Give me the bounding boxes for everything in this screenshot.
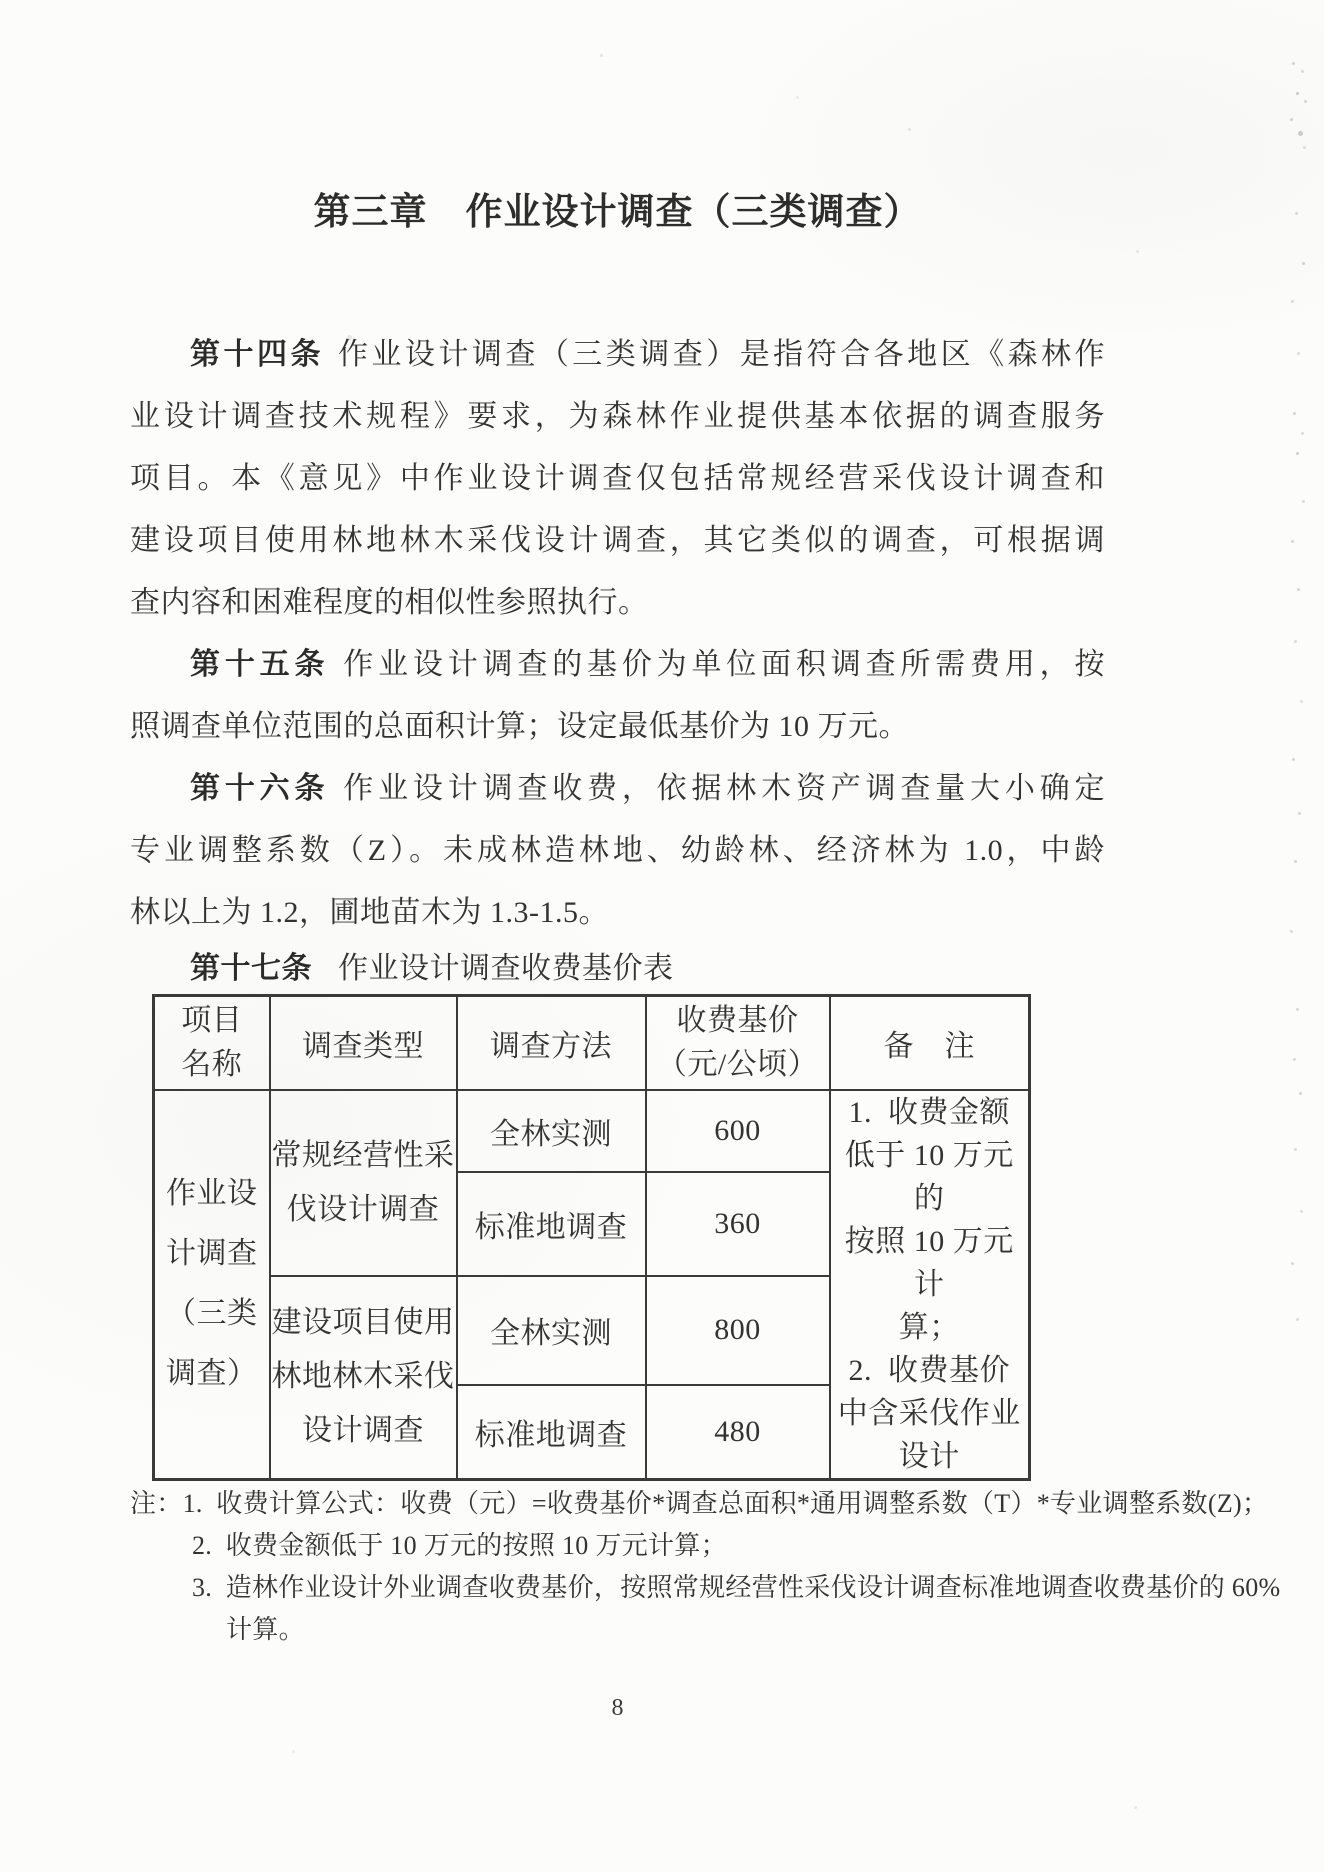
paragraph-line: 专业调整系数（Z）。未成林造林地、幼龄林、经济林为 1.0，中龄 [130, 820, 1105, 882]
document-content: 第三章 作业设计调查（三类调查） 第十四条作业设计调查（三类调查）是指符合各地区… [130, 0, 1105, 1725]
note-text: 2. 收费金额低于 10 万元的按照 10 万元计算； [192, 1531, 727, 1560]
line-text: 建设项目使用林地林木采伐设计调查，其它类似的调查，可根据调 [130, 524, 1105, 557]
footnote-line: 计算。 [130, 1609, 1105, 1651]
line-text: 照调查单位范围的总面积计算；设定最低基价为 10 万元。 [130, 710, 909, 743]
paragraph-line: 第十四条作业设计调查（三类调查）是指符合各地区《森林作 [130, 324, 1105, 386]
col-header-survey-method: 调查方法 [457, 996, 646, 1090]
col-header-survey-type: 调查类型 [270, 996, 457, 1090]
cell-survey-type: 常规经营性采 伐设计调查 [270, 1090, 457, 1276]
paragraph-line: 照调查单位范围的总面积计算；设定最低基价为 10 万元。 [130, 696, 1105, 758]
line-text: 业设计调查技术规程》要求，为森林作业提供基本依据的调查服务 [130, 400, 1105, 433]
scan-artifacts [0, 0, 3, 3]
footnote-line: 2. 收费金额低于 10 万元的按照 10 万元计算； [130, 1525, 1105, 1567]
article-number: 第十五条 [190, 648, 329, 681]
line-text: 林以上为 1.2，圃地苗木为 1.3-1.5。 [130, 896, 609, 929]
note-prefix: 注： [130, 1489, 183, 1518]
page-number: 8 [130, 1691, 1105, 1725]
paragraph-line: 建设项目使用林地林木采伐设计调查，其它类似的调查，可根据调 [130, 510, 1105, 572]
article-number: 第十七条 [190, 952, 312, 985]
cell-survey-method: 标准地调查 [457, 1172, 646, 1276]
article-number: 第十四条 [190, 338, 324, 371]
cell-base-price: 360 [646, 1172, 830, 1276]
cell-base-price: 480 [646, 1385, 830, 1479]
paragraph-line: 查内容和困难程度的相似性参照执行。 [130, 572, 1105, 634]
col-header-base-price: 收费基价 （元/公顷） [646, 996, 830, 1090]
chapter-title: 第三章 作业设计调查（三类调查） [130, 190, 1105, 236]
footnote-line: 3. 造林作业设计外业调查收费基价，按照常规经营性采伐设计调查标准地调查收费基价… [130, 1567, 1105, 1609]
line-text: 作业设计调查收费基价表 [338, 952, 674, 985]
cell-survey-method: 标准地调查 [457, 1385, 646, 1479]
line-text: 作业设计调查的基价为单位面积调查所需费用，按 [343, 648, 1105, 681]
note-text: 3. 造林作业设计外业调查收费基价，按照常规经营性采伐设计调查标准地调查收费基价… [192, 1573, 1280, 1602]
table-row: 作业设 计调查 （三类 调查） 常规经营性采 伐设计调查 全林实测 600 1.… [154, 1090, 1030, 1172]
cell-base-price: 800 [646, 1276, 830, 1386]
paragraph-line: 林以上为 1.2，圃地苗木为 1.3-1.5。 [130, 882, 1105, 944]
footnotes: 注：1. 收费计算公式：收费（元）=收费基价*调查总面积*通用调整系数（T）*专… [130, 1483, 1105, 1651]
line-text: 专业调整系数（Z）。未成林造林地、幼龄林、经济林为 1.0，中龄 [130, 834, 1105, 867]
paragraph-line: 第十五条作业设计调查的基价为单位面积调查所需费用，按 [130, 634, 1105, 696]
cell-base-price: 600 [646, 1090, 830, 1172]
cell-survey-type: 建设项目使用 林地林木采伐 设计调查 [270, 1276, 457, 1480]
line-text: 查内容和困难程度的相似性参照执行。 [130, 586, 649, 619]
paragraph-line: 业设计调查技术规程》要求，为森林作业提供基本依据的调查服务 [130, 386, 1105, 448]
line-text: 作业设计调查收费，依据林木资产调查量大小确定 [343, 772, 1105, 805]
table-caption-line: 第十七条作业设计调查收费基价表 [130, 944, 1105, 994]
table-header-row: 项目 名称 调查类型 调查方法 收费基价 （元/公顷） 备 注 [154, 996, 1030, 1090]
paragraph-line: 项目。本《意见》中作业设计调查仅包括常规经营采伐设计调查和 [130, 448, 1105, 510]
col-header-project-name: 项目 名称 [154, 996, 270, 1090]
paragraph-line: 第十六条作业设计调查收费，依据林木资产调查量大小确定 [130, 758, 1105, 820]
note-text: 计算。 [226, 1615, 305, 1644]
body-text: 第十四条作业设计调查（三类调查）是指符合各地区《森林作 业设计调查技术规程》要求… [130, 324, 1105, 994]
cell-remarks: 1. 收费金额 低于 10 万元的 按照 10 万元计 算； 2. 收费基价 中… [830, 1090, 1030, 1480]
col-header-remarks: 备 注 [830, 996, 1030, 1090]
line-text: 项目。本《意见》中作业设计调查仅包括常规经营采伐设计调查和 [130, 462, 1105, 495]
cell-project-name: 作业设 计调查 （三类 调查） [154, 1090, 270, 1480]
cell-survey-method: 全林实测 [457, 1276, 646, 1386]
cell-survey-method: 全林实测 [457, 1090, 646, 1172]
scanned-document-page: 第三章 作业设计调查（三类调查） 第十四条作业设计调查（三类调查）是指符合各地区… [0, 0, 1324, 1872]
fee-base-price-table: 项目 名称 调查类型 调查方法 收费基价 （元/公顷） 备 注 作业设 计调查 … [152, 994, 1031, 1481]
footnote-line: 注：1. 收费计算公式：收费（元）=收费基价*调查总面积*通用调整系数（T）*专… [130, 1483, 1105, 1525]
note-text: 1. 收费计算公式：收费（元）=收费基价*调查总面积*通用调整系数（T）*专业调… [183, 1489, 1269, 1518]
line-text: 作业设计调查（三类调查）是指符合各地区《森林作 [338, 338, 1105, 371]
article-number: 第十六条 [190, 772, 329, 805]
